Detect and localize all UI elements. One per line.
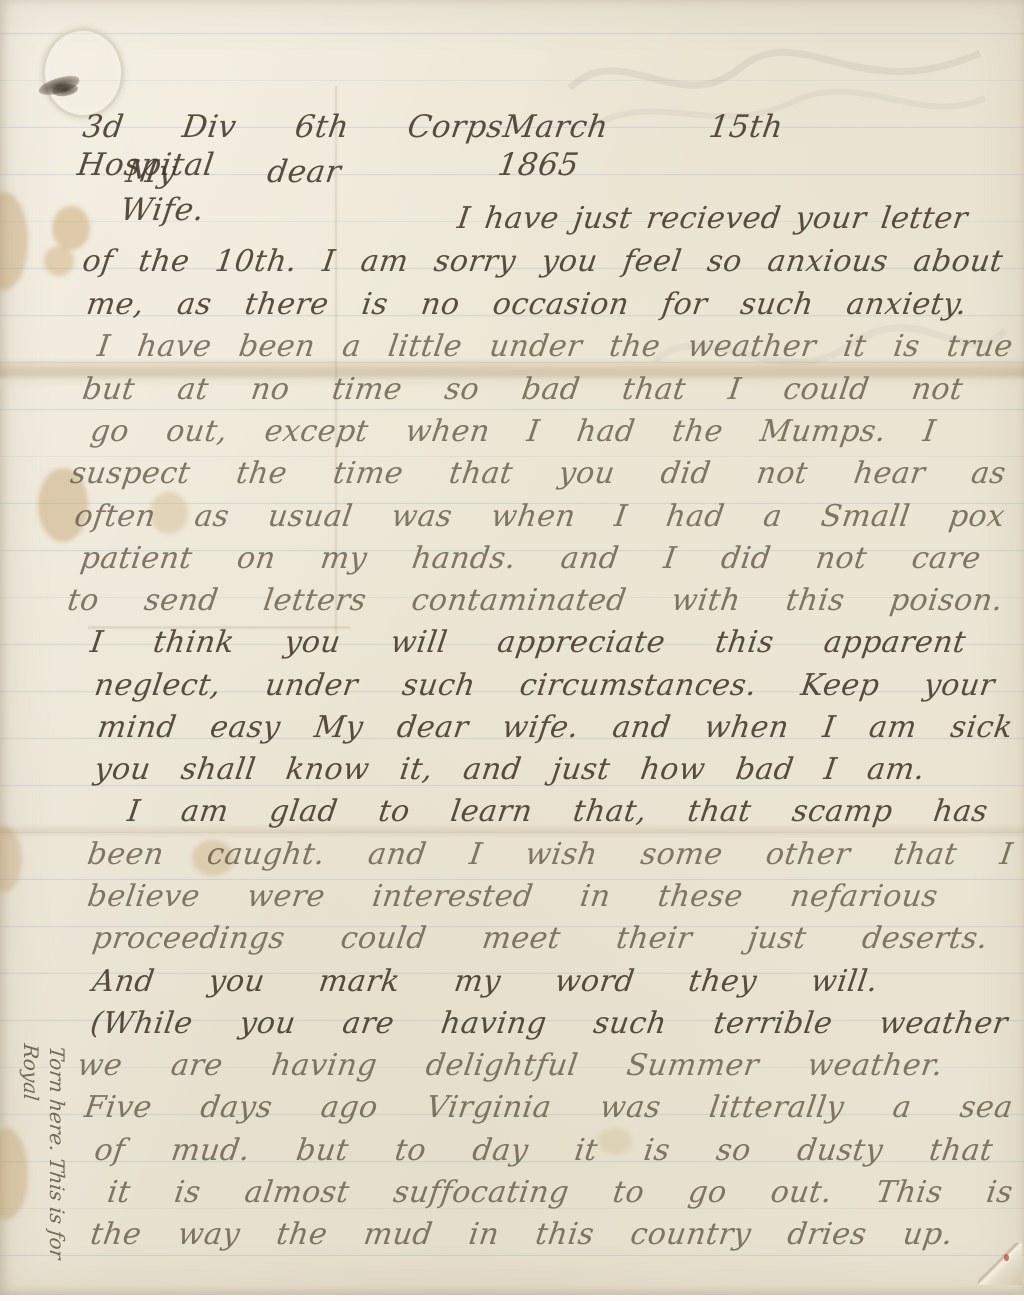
letter-line: to send letters contaminated with this p… bbox=[65, 582, 1005, 620]
letter-line: Five days ago Virginia was litterally a … bbox=[82, 1089, 1015, 1127]
red-speck bbox=[1004, 1254, 1009, 1261]
letter-line: I have been a little under the weather i… bbox=[95, 328, 1015, 366]
letter-line: proceedings could meet their just desert… bbox=[90, 920, 990, 958]
scanned-letter: 3d Div 6th Corps Hospital March 15th 186… bbox=[0, 0, 1024, 1301]
letter-line: of the 10th. I am sorry you feel so anxi… bbox=[80, 243, 1005, 281]
letter-line: the way the mud in this country dries up… bbox=[88, 1216, 955, 1254]
letter-line: I have just recieved your letter bbox=[455, 200, 970, 238]
letter-line: believe were interested in these nefario… bbox=[85, 878, 940, 916]
letter-line: I think you will appreciate this apparen… bbox=[88, 624, 968, 662]
heading-date: March 15th 1865 bbox=[495, 108, 785, 184]
letter-line: been caught. and I wish some other that … bbox=[85, 836, 1015, 874]
embossed-seal bbox=[42, 28, 124, 118]
letter-line: go out, except when I had the Mumps. I bbox=[88, 413, 938, 451]
letter-line: we are having delightful Summer weather. bbox=[75, 1047, 945, 1085]
letter-line: I am glad to learn that, that scamp has bbox=[125, 793, 990, 831]
margin-note: Torn here. This is for Royal bbox=[18, 1043, 70, 1261]
corner-fold bbox=[978, 1243, 1022, 1285]
letter-salutation: My dear Wife. bbox=[118, 153, 344, 229]
letter-line: patient on my hands. and I did not care bbox=[78, 540, 983, 578]
letter-line: neglect, under such circumstances. Keep … bbox=[92, 667, 997, 705]
scan-edge bbox=[0, 1295, 1024, 1301]
letter-line: but at no time so bad that I could not bbox=[80, 371, 965, 409]
letter-line: it is almost suffocating to go out. This… bbox=[105, 1174, 1015, 1212]
letter-line: suspect the time that you did not hear a… bbox=[68, 455, 1008, 493]
letter-line: you shall know it, and just how bad I am… bbox=[92, 751, 927, 789]
letter-line: And you mark my word they will. bbox=[90, 963, 880, 1001]
letter-line: (While you are having such terrible weat… bbox=[88, 1005, 1010, 1043]
margin-note-line: Torn here. This is for bbox=[44, 1045, 70, 1260]
letter-line: often as usual was when I had a Small po… bbox=[72, 498, 1007, 536]
margin-note-line: Royal bbox=[18, 1043, 44, 1258]
letter-line: of mud. but to day it is so dusty that bbox=[92, 1132, 995, 1170]
letter-line: me, as there is no occasion for such anx… bbox=[84, 286, 969, 324]
letter-page: 3d Div 6th Corps Hospital March 15th 186… bbox=[0, 0, 1024, 1295]
stain bbox=[44, 246, 74, 276]
letter-line: mind easy My dear wife. and when I am si… bbox=[95, 709, 1015, 747]
